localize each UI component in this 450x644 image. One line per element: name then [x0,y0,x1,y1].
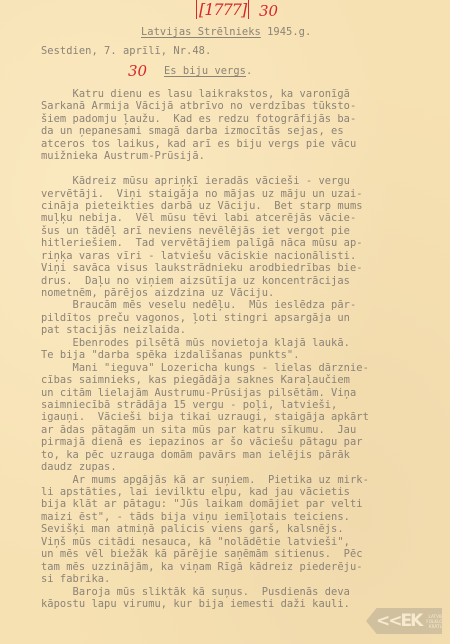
text-line: Kādreiz mūsu apriņķī ieradās vācieši - v… [41,175,369,187]
text-line: to, ka pēc uzrauga domām pavārs man ielē… [41,449,369,461]
text-line: si fabrika. [41,573,369,585]
text-line: drus. Daļu no viņiem aizsūtīja uz koncen… [41,275,369,287]
text-line: Te bija "darba spēka izdalīšanas punkts"… [41,349,369,361]
text-line: hitleriešiem. Tad vervētājiem palīgā nāc… [41,237,369,249]
article-title-text: Es biju vergs [164,65,246,77]
archive-number-annotation: [1777] [196,0,249,19]
newspaper-header: Latvijas Strēlnieks 1945.g. [141,26,311,38]
text-line: Sarkanā Armija Vācijā atbrīvo no verdzīb… [41,100,369,112]
text-line: Braucām mēs veselu nedēļu. Mūs ieslēdza … [41,299,369,311]
text-line: šiem padomju ļaužu. Kad es redzu fotogrā… [41,113,369,125]
text-line: cības saimnieks, kas piegādāja saknes Ka… [41,374,369,386]
text-line: Katru dienu es lasu laikrakstos, ka varo… [41,88,369,100]
text-line: kāpostu lapu virumu, kur bija iemesti da… [41,598,369,610]
newspaper-year: 1945.g. [261,26,311,38]
text-line: li apstāties, lai ievilktu elpu, kad jau… [41,486,369,498]
archive-number: [1777] [196,0,249,19]
watermark-line-3: KRĀTUVE [429,624,448,629]
text-line: maizi ēst", - tāds bija viņu iemīļotais … [41,511,369,523]
archive-watermark-logo: <<EK LATVIEŠU FOLKLORAS KRĀTUVE [366,608,442,634]
text-line: Ar mums apgājās kā ar suņiem. Pietika uz… [41,474,369,486]
newspaper-name: Latvijas Strēlnieks [141,26,261,38]
text-line: pat stacijās neizlaida. [41,324,369,336]
text-line: tam mēs uzzinājām, ka viņam Rīgā kādreiz… [41,561,369,573]
text-line: cināja pieteikties darbā uz Vāciju. Bet … [41,200,369,212]
text-line: bija klāt ar pātagu: "Jūs laikam domājie… [41,498,369,510]
text-line: pirmajā dienā es iepazinos ar šo vāciešu… [41,436,369,448]
text-line: Ebenrodes pilsētā mūs novietoja klajā la… [41,337,369,349]
article-title-period: . [246,65,252,77]
text-line: un mēs vēl biežāk kā pārējie saņēmām sit… [41,548,369,560]
text-line: un citām lielajām Austrumu-Prūsijas pils… [41,387,369,399]
page-number-annotation: 30 [259,2,278,20]
text-line: ar ādas pātagām un sita mūs par katru sī… [41,424,369,436]
text-line: atceros tos laikus, kad arī es biju verg… [41,138,369,150]
text-line: muļķu nebija. Vēl mūsu tēvi labi atcerēj… [41,212,369,224]
article-title: Es biju vergs. [164,65,252,77]
text-line: nometnēm, pārējos aizdzina uz Vāciju. [41,287,369,299]
text-line: Viņš mūs citādi nesauca, kā "nolādētie l… [41,536,369,548]
text-line: muižnieka Austrum-Prūsijā. [41,150,369,162]
issue-date-line: Sestdien, 7. aprīlī, Nr.48. [41,45,211,57]
text-line: daudz zupas. [41,461,369,473]
article-body: Katru dienu es lasu laikrakstos, ka varo… [41,88,369,610]
text-line: Baroja mūs sliktāk kā suņus. Pusdienās d… [41,586,369,598]
text-line: da un ņepanesami smagā darba izmocītās s… [41,125,369,137]
text-line: Mani "ieguva" Lozericha kungs - lielas d… [41,362,369,374]
watermark-text: LATVIEŠU FOLKLORAS KRĀTUVE [426,614,450,629]
text-line: igauņi. Vācieši bija tikai uzraugi, stai… [41,411,369,423]
text-line: saimniecībā strādāja 15 vergu - poļi, la… [41,399,369,411]
text-line: riņķa varas vīri - latviešu vāciskie nac… [41,250,369,262]
title-margin-annotation: 30 [128,62,147,80]
text-line: šus un tādēļ arī neviens nevēlējās iet v… [41,225,369,237]
text-line [41,163,369,175]
document-page: [1777] 30 Latvijas Strēlnieks 1945.g. Se… [0,0,450,644]
lfk-logo-icon: <<EK [376,611,421,631]
text-line: Viņi savāca visus laukstrādnieku arodbie… [41,262,369,274]
text-line: pildītos preču vagonos, ļoti stingri aps… [41,312,369,324]
text-line: Sevišķi man atmiņā palicis viens garš, k… [41,523,369,535]
text-line: vervētāji. Viņi staigāja no mājas uz māj… [41,188,369,200]
